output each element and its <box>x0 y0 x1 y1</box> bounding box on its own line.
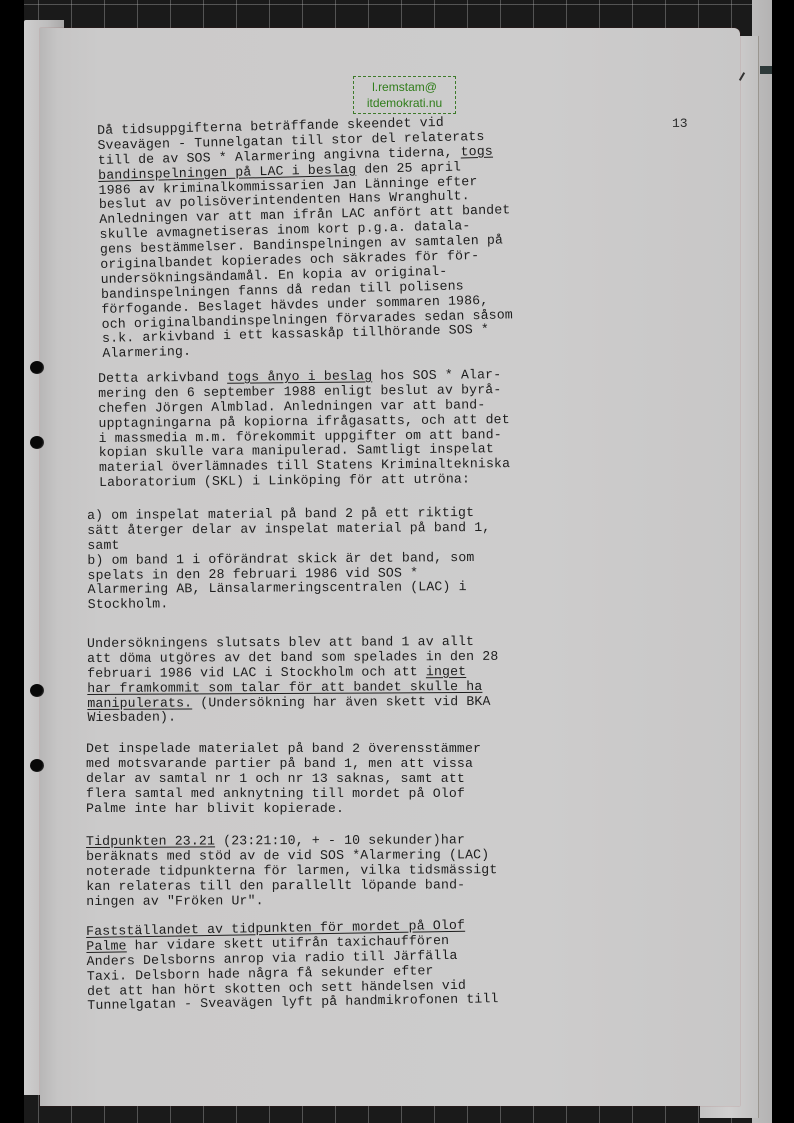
text-segment: sätt återger delar av inspelat material … <box>87 520 490 538</box>
binder-hole <box>30 759 44 772</box>
text-line: med motsvarande partier på band 1, men a… <box>86 757 481 772</box>
text-segment: ningen av "Fröken Ur". <box>86 893 263 909</box>
paragraph: Tidpunkten 23.21 (23:21:10, + - 10 sekun… <box>86 833 498 909</box>
underlined-text: togs <box>460 143 493 159</box>
text-segment: (Undersökning har även skett vid BKA <box>192 693 490 710</box>
watermark-line-2: itdemokrati.nu <box>354 95 455 111</box>
text-line: manipulerats. (Undersökning har även ske… <box>87 694 498 711</box>
underlined-text: manipulerats. <box>87 695 192 711</box>
text-segment: Alarmering. <box>102 344 191 361</box>
text-segment: Stockholm. <box>88 597 169 613</box>
binder-hole <box>30 684 44 697</box>
text-segment: Detta arkivband <box>98 370 227 386</box>
text-segment: med motsvarande partier på band 1, men a… <box>86 756 473 771</box>
paragraph: Det inspelade materialet på band 2 övere… <box>86 742 481 816</box>
paragraph: Då tidsuppgifterna beträffande skeendet … <box>97 114 514 362</box>
text-line: ningen av "Fröken Ur". <box>86 893 497 910</box>
underlined-text: togs ånyo i beslag <box>227 368 372 384</box>
text-line: Wiesbaden). <box>87 709 498 726</box>
text-line: sätt återger delar av inspelat material … <box>87 521 490 539</box>
text-segment: (23:21:10, + - 10 sekunder)har <box>215 832 465 848</box>
text-segment: hos SOS * Alar- <box>372 367 501 383</box>
binder-hole <box>30 436 44 449</box>
watermark-stamp: l.remstam@ itdemokrati.nu <box>353 76 456 114</box>
text-segment: Det inspelade materialet på band 2 övere… <box>86 741 481 756</box>
text-segment: Wiesbaden). <box>87 710 176 725</box>
binder-hole <box>30 361 44 374</box>
text-segment: Palme inte har blivit kopierade. <box>86 801 344 816</box>
underlined-text: inget <box>426 664 466 679</box>
text-line: Det inspelade materialet på band 2 övere… <box>86 742 481 757</box>
tab-marker <box>760 66 772 74</box>
text-segment: kan relateras till den parallellt löpand… <box>86 877 465 894</box>
text-line: Stockholm. <box>88 595 491 613</box>
paragraph: a) om inspelat material på band 2 på ett… <box>87 506 491 613</box>
underlined-text: Palme <box>86 938 127 954</box>
text-line: Palme inte har blivit kopierade. <box>86 802 481 817</box>
text-line: kan relateras till den parallellt löpand… <box>86 878 497 895</box>
paragraph: Undersökningens slutsats blev att band 1… <box>87 635 499 726</box>
text-segment: samt <box>87 538 119 553</box>
page-number: 13 <box>672 116 688 131</box>
text-line: flera samtal med anknytning till mordet … <box>86 787 481 802</box>
paragraph: Fastställandet av tidpunkten för mordet … <box>86 918 499 1014</box>
watermark-line-1: l.remstam@ <box>354 79 455 95</box>
text-segment: Alarmering AB, Länsalarmeringscentralen … <box>88 579 467 597</box>
text-line: delar av samtal nr 1 och nr 13 saknas, s… <box>86 772 481 787</box>
underlined-text: Tidpunkten 23.21 <box>86 833 215 849</box>
paragraph: Detta arkivband togs ånyo i beslag hos S… <box>98 368 510 491</box>
text-segment: flera samtal med anknytning till mordet … <box>86 786 465 801</box>
text-segment: Laboratorium (SKL) i Linköping för att u… <box>99 472 470 491</box>
text-segment: delar av samtal nr 1 och nr 13 saknas, s… <box>86 771 465 786</box>
